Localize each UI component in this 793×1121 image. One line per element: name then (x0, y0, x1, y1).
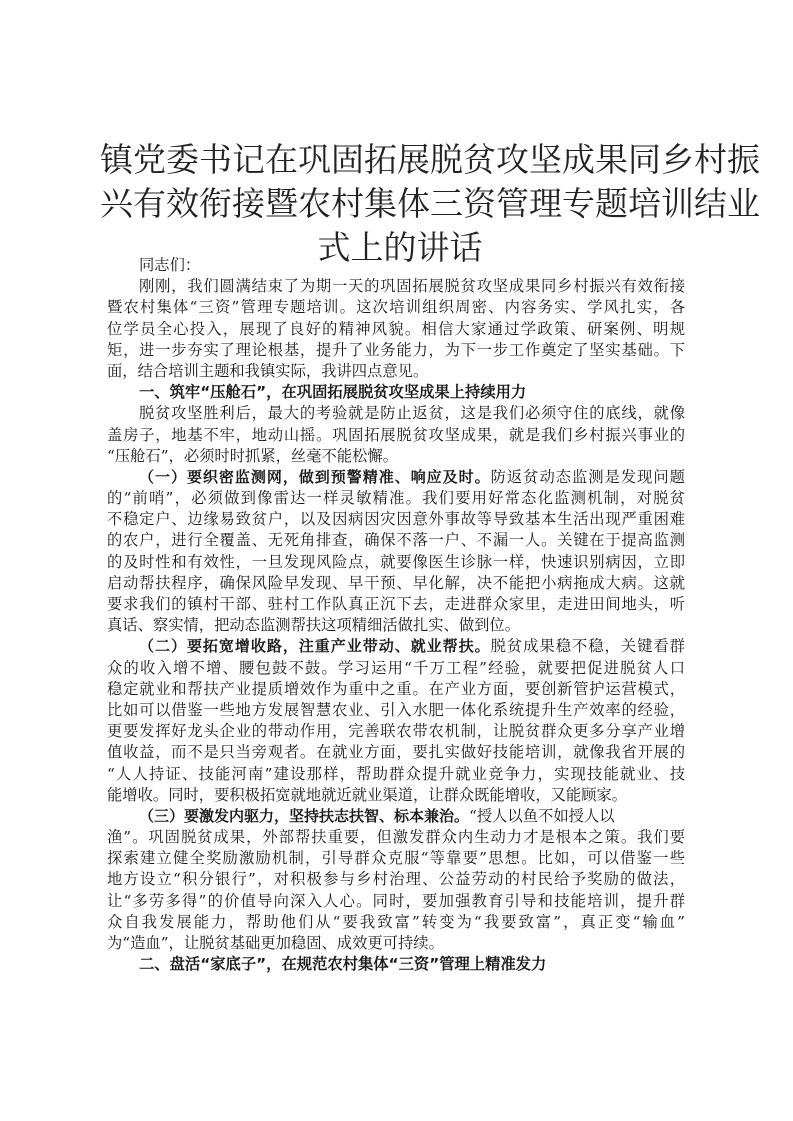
text-line: 地方设立“积分银行”，对积极参与乡村治理、公益劳动的村民给予奖励的做法， (107, 869, 685, 890)
subsection-2: （二）要拓宽增收路，注重产业带动、就业帮扶。脱贫成果稳不稳，关键看群 众的收入增… (107, 636, 685, 806)
subsection-lead: （二）要拓宽增收路，注重产业带动、就业帮扶。 (139, 637, 491, 655)
text-line: 位学员全心投入，展现了良好的精神风貌。相信大家通过学政策、研案例、明规 (107, 319, 685, 340)
subsection-lead: （三）要激发内驱力，坚持扶志扶智、标本兼治。 (139, 807, 469, 825)
text-line: 真话、察实情，把动态监测帮扶这项精细活做扎实、做到位。 (107, 615, 685, 636)
subsection-1: （一）要织密监测网，做到预警精准、响应及时。防返贫动态监测是发现问题 的“前哨”… (107, 467, 685, 637)
subsection-lead: （一）要织密监测网，做到预警精准、响应及时。 (139, 468, 491, 486)
text-line: 盖房子，地基不牢，地动山摇。巩固拓展脱贫攻坚成果，就是我们乡村振兴事业的 (107, 425, 685, 446)
text-line: 不稳定户、边缘易致贫户，以及因病因灾因意外事故等导致基本生活出现严重困难 (107, 509, 685, 530)
text-line: 的农户，进行全覆盖、无死角排查，确保不落一户、不漏一人。关键在于提高监测 (107, 530, 685, 551)
text-line: 启动帮扶程序，确保风险早发现、早干预、早化解，决不能把小病拖成大病。这就 (107, 573, 685, 594)
text-line: 众的收入增不增、腰包鼓不鼓。学习运用“千万工程”经验，就要把促进脱贫人口 (107, 658, 685, 679)
text-line: 的及时性和有效性，一旦发现风险点，就要像医生诊脉一样，快速识别病因，立即 (107, 552, 685, 573)
section-heading-2: 二、盘活“家底子”，在规范农村集体“三资”管理上精准发力 (107, 954, 685, 975)
text-line: 比如可以借鉴一些地方发展智慧农业、引入水肥一体化系统提升生产效率的经验， (107, 700, 685, 721)
text-line: （二）要拓宽增收路，注重产业带动、就业帮扶。脱贫成果稳不稳，关键看群 (107, 636, 685, 657)
text-line: （三）要激发内驱力，坚持扶志扶智、标本兼治。“授人以鱼不如授人以 (107, 806, 685, 827)
text-line: 的“前哨”，必须做到像雷达一样灵敏精准。我们要用好常态化监测机制，对脱贫 (107, 488, 685, 509)
text-line: （一）要织密监测网，做到预警精准、响应及时。防返贫动态监测是发现问题 (107, 467, 685, 488)
subsection-3: （三）要激发内驱力，坚持扶志扶智、标本兼治。“授人以鱼不如授人以 渔”。巩固脱贫… (107, 806, 685, 954)
text-line: 能增收。同时，要积极拓宽就地就近就业渠道，让群众既能增收，又能顾家。 (107, 785, 685, 806)
text-line: “人人持证、技能河南”建设那样，帮助群众提升就业竞争力，实现技能就业、技 (107, 764, 685, 785)
text-run: 脱贫成果稳不稳，关键看群 (491, 637, 685, 655)
salutation: 同志们： (107, 255, 685, 276)
text-line: 要求我们的镇村干部、驻村工作队真正沉下去，走进群众家里，走进田间地头，听 (107, 594, 685, 615)
text-line: 刚刚，我们圆满结束了为期一天的巩固拓展脱贫攻坚成果同乡村振兴有效衔接 (107, 276, 685, 297)
text-line: “压舱石”，必须时时抓紧，丝毫不能松懈。 (107, 446, 685, 467)
title-line: 兴有效衔接暨农村集体三资管理专题培训结业 (100, 182, 700, 226)
text-line: 为“造血”，让脱贫基础更加稳固、成效更可持续。 (107, 933, 685, 954)
section-heading-1: 一、筑牢“压舱石”，在巩固拓展脱贫攻坚成果上持续用力 (107, 382, 685, 403)
text-line: 脱贫攻坚胜利后，最大的考验就是防止返贫，这是我们必须守住的底线，就像 (107, 403, 685, 424)
text-run: 防返贫动态监测是发现问题 (491, 468, 685, 486)
text-line: 稳定就业和帮扶产业提质增效作为重中之重。在产业方面，要创新管护运营模式， (107, 679, 685, 700)
text-line: 渔”。巩固脱贫成果，外部帮扶重要，但激发群众内生动力才是根本之策。我们要 (107, 827, 685, 848)
text-line: 探索建立健全奖励激励机制，引导群众克服“等靠要”思想。比如，可以借鉴一些 (107, 848, 685, 869)
document-title: 镇党委书记在巩固拓展脱贫攻坚成果同乡村振 兴有效衔接暨农村集体三资管理专题培训结… (100, 138, 700, 270)
section1-paragraph: 脱贫攻坚胜利后，最大的考验就是防止返贫，这是我们必须守住的底线，就像 盖房子，地… (107, 403, 685, 467)
intro-paragraph: 刚刚，我们圆满结束了为期一天的巩固拓展脱贫攻坚成果同乡村振兴有效衔接 暨农村集体… (107, 276, 685, 382)
text-run: “授人以鱼不如授人以 (469, 807, 615, 825)
document-body: 同志们： 刚刚，我们圆满结束了为期一天的巩固拓展脱贫攻坚成果同乡村振兴有效衔接 … (107, 255, 685, 975)
text-line: 更要发挥好龙头企业的带动作用，完善联农带农机制，让脱贫群众更多分享产业增 (107, 721, 685, 742)
text-line: 面，结合培训主题和我镇实际，我讲四点意见。 (107, 361, 685, 382)
text-line: 暨农村集体“三资”管理专题培训。这次培训组织周密、内容务实、学风扎实，各 (107, 297, 685, 318)
text-line: 矩，进一步夯实了理论根基，提升了业务能力，为下一步工作奠定了坚实基础。下 (107, 340, 685, 361)
title-line: 镇党委书记在巩固拓展脱贫攻坚成果同乡村振 (100, 138, 700, 182)
document-page: 镇党委书记在巩固拓展脱贫攻坚成果同乡村振 兴有效衔接暨农村集体三资管理专题培训结… (0, 0, 793, 1121)
text-line: 让“多劳多得”的价值导向深入人心。同时，要加强教育引导和技能培训，提升群 (107, 891, 685, 912)
text-line: 众自我发展能力，帮助他们从“要我致富”转变为“我要致富”，真正变“输血” (107, 912, 685, 933)
text-line: 值收益，而不是只当旁观者。在就业方面，要扎实做好技能培训，就像我省开展的 (107, 742, 685, 763)
